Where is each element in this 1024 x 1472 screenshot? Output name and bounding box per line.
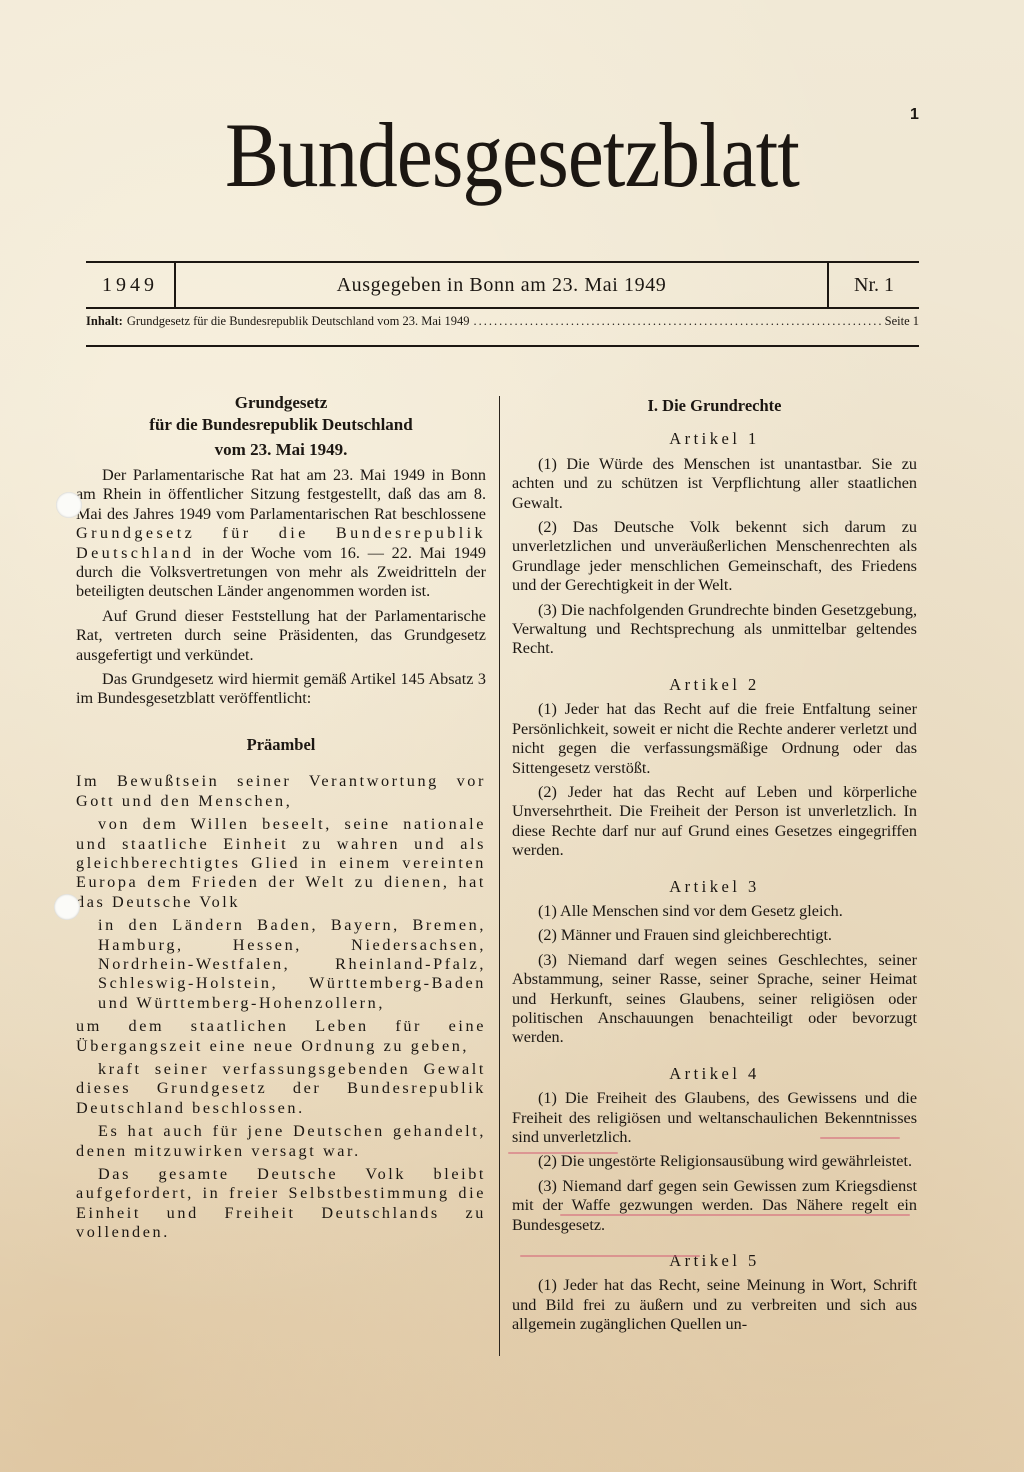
law-subtitle: für die Bundesrepublik Deutschland (76, 414, 486, 436)
law-date: vom 23. Mai 1949. (76, 436, 486, 464)
issue-year: 1949 (86, 263, 176, 307)
issue-bar: 1949 Ausgegeben in Bonn am 23. Mai 1949 … (86, 261, 919, 309)
article-paragraph: (2) Das Deutsche Volk bekennt sich darum… (512, 518, 917, 596)
column-divider (499, 396, 500, 1356)
contents-line: Inhalt: Grundgesetz für die Bundesrepubl… (86, 314, 919, 329)
preamble-line: Das gesamte Deutsche Volk bleibt aufgefo… (76, 1165, 486, 1243)
article-paragraph: (2) Die ungestörte Religionsausübung wir… (512, 1152, 917, 1171)
preamble-line: Im Bewußtsein seiner Verantwortung vor G… (76, 772, 486, 811)
red-pencil-underline (520, 1255, 700, 1257)
preamble-line: um dem staatlichen Leben für eine Überga… (76, 1017, 486, 1056)
article-paragraph: (2) Männer und Frauen sind gleichberecht… (512, 926, 917, 945)
issue-number: Nr. 1 (829, 263, 919, 307)
header-rule (86, 345, 919, 347)
article-heading: Artikel 4 (512, 1064, 917, 1083)
article-heading: Artikel 1 (512, 429, 917, 448)
article-2: Artikel 2 (1) Jeder hat das Recht auf di… (512, 675, 917, 861)
article-paragraph: (2) Jeder hat das Recht auf Leben und kö… (512, 783, 917, 861)
intro-paragraph-2: Auf Grund dieser Feststellung hat der Pa… (76, 607, 486, 665)
punch-hole-bottom (54, 894, 80, 920)
article-5: Artikel 5 (1) Jeder hat das Recht, seine… (512, 1251, 917, 1335)
punch-hole-top (56, 492, 82, 518)
masthead-title: Bundesgesetzblatt (61, 105, 962, 205)
red-pencil-underline (560, 1214, 910, 1216)
article-paragraph: (3) Niemand darf wegen seines Geschlecht… (512, 951, 917, 1048)
section-title: I. Die Grundrechte (512, 396, 917, 415)
contents-label: Inhalt: (86, 314, 123, 329)
contents-text: Grundgesetz für die Bundesrepublik Deuts… (127, 314, 470, 329)
article-paragraph: (3) Die nachfolgenden Grundrechte binden… (512, 601, 917, 659)
article-paragraph: (1) Die Würde des Menschen ist unantastb… (512, 455, 917, 513)
article-heading: Artikel 5 (512, 1251, 917, 1270)
article-paragraph: (1) Jeder hat das Recht auf die freie En… (512, 700, 917, 778)
article-heading: Artikel 3 (512, 877, 917, 896)
issue-date: Ausgegeben in Bonn am 23. Mai 1949 (176, 263, 829, 307)
law-title: Grundgesetz (76, 392, 486, 414)
intro-paragraph-1: Der Parlamentarische Rat hat am 23. Mai … (76, 466, 486, 602)
left-column: Grundgesetz für die Bundesrepublik Deuts… (76, 392, 486, 1247)
preamble-line: Es hat auch für jene Deutschen gehandelt… (76, 1122, 486, 1161)
red-pencil-underline (820, 1137, 900, 1139)
contents-leader-dots: ........................................… (473, 314, 880, 329)
preamble-line: in den Ländern Baden, Bayern, Bremen, Ha… (76, 916, 486, 1013)
preamble-heading: Präambel (76, 735, 486, 754)
preamble-line: kraft seiner verfassungsgebenden Gewalt … (76, 1060, 486, 1118)
preamble: Im Bewußtsein seiner Verantwortung vor G… (76, 772, 486, 1242)
article-paragraph: (1) Alle Menschen sind vor dem Gesetz gl… (512, 902, 917, 921)
right-column: I. Die Grundrechte Artikel 1 (1) Die Wür… (512, 392, 917, 1351)
article-1: Artikel 1 (1) Die Würde des Menschen ist… (512, 429, 917, 658)
article-heading: Artikel 2 (512, 675, 917, 694)
red-pencil-underline (508, 1152, 618, 1154)
article-4: Artikel 4 (1) Die Freiheit des Glaubens,… (512, 1064, 917, 1235)
intro-paragraph-3: Das Grundgesetz wird hiermit gemäß Artik… (76, 670, 486, 709)
article-3: Artikel 3 (1) Alle Menschen sind vor dem… (512, 877, 917, 1048)
article-paragraph: (3) Niemand darf gegen sein Gewissen zum… (512, 1177, 917, 1235)
article-paragraph: (1) Jeder hat das Recht, seine Meinung i… (512, 1276, 917, 1334)
preamble-line: von dem Willen beseelt, seine nationale … (76, 815, 486, 912)
contents-page: Seite 1 (885, 314, 919, 329)
